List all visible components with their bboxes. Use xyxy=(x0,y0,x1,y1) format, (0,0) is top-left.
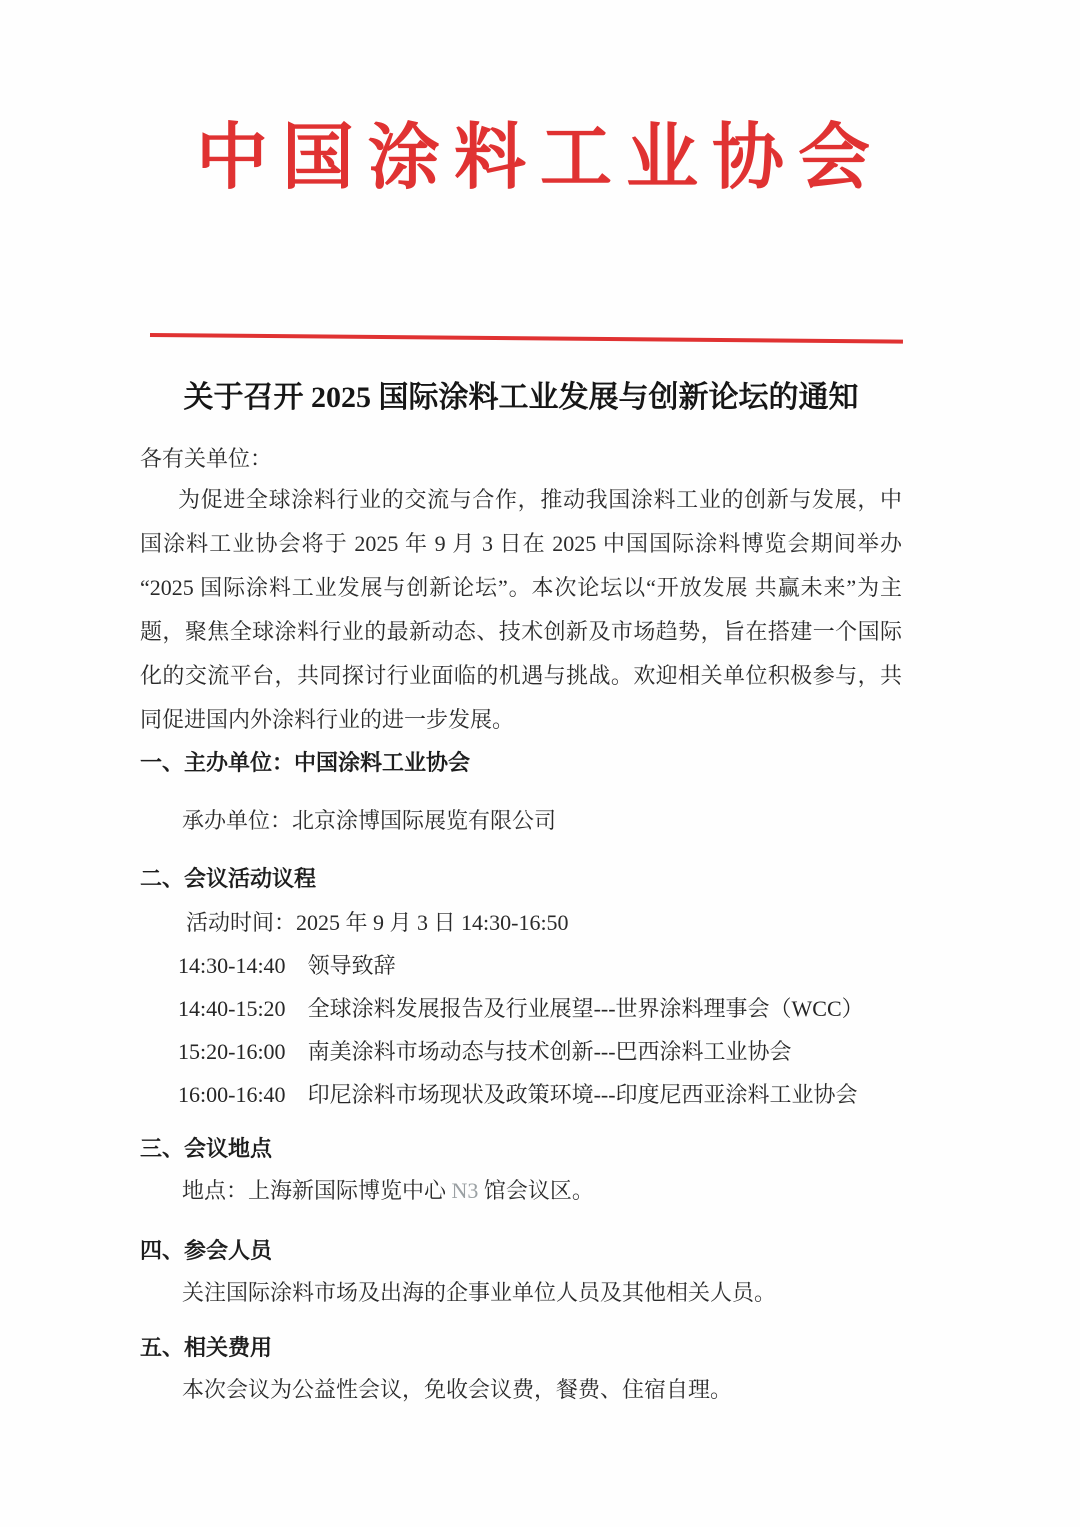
venue-text-prefix: 地点：上海新国际博览中心 xyxy=(182,1178,452,1203)
fees-line: 本次会议为公益性会议，免收会议费，餐费、住宿自理。 xyxy=(140,1375,902,1405)
agenda-item-topic: 领导致辞 xyxy=(308,953,396,978)
attendees-line: 关注国际涂料市场及出海的企事业单位人员及其他相关人员。 xyxy=(140,1278,902,1308)
agenda-item-topic: 全球涂料发展报告及行业展望---世界涂料理事会（WCC） xyxy=(308,996,864,1021)
section-heading-host: 一、主办单位：中国涂料工业协会 xyxy=(140,748,902,778)
letterhead: 中国涂料工业协会 xyxy=(0,0,1080,194)
intro-paragraph: 为促进全球涂料行业的交流与合作，推动我国涂料工业的创新与发展，中国涂料工业协会将… xyxy=(140,478,902,742)
agenda-item-topic: 印尼涂料市场现状及政策环境---印度尼西亚涂料工业协会 xyxy=(308,1082,858,1107)
salutation-line: 各有关单位： xyxy=(140,444,902,474)
venue-hall-code: N3 xyxy=(452,1178,479,1203)
agenda-list: 14:30-14:40领导致辞 14:40-15:20全球涂料发展报告及行业展望… xyxy=(140,944,902,1116)
agenda-item-time: 14:30-14:40 xyxy=(178,944,286,987)
organizer-line: 承办单位：北京涂博国际展览有限公司 xyxy=(140,806,902,836)
notice-body: 关于召开 2025 国际涂料工业发展与创新论坛的通知 各有关单位： 为促进全球涂… xyxy=(140,380,902,1405)
section-heading-attendees: 四、参会人员 xyxy=(140,1236,902,1266)
venue-line: 地点：上海新国际博览中心 N3 馆会议区。 xyxy=(140,1176,902,1206)
agenda-item-topic: 南美涂料市场动态与技术创新---巴西涂料工业协会 xyxy=(308,1039,792,1064)
agenda-item-time: 15:20-16:00 xyxy=(178,1030,286,1073)
notice-title: 关于召开 2025 国际涂料工业发展与创新论坛的通知 xyxy=(140,380,902,416)
agenda-item: 14:40-15:20全球涂料发展报告及行业展望---世界涂料理事会（WCC） xyxy=(140,987,902,1030)
organization-title: 中国涂料工业协会 xyxy=(196,122,884,194)
venue-text-suffix: 馆会议区。 xyxy=(478,1178,594,1203)
scanned-notice-page: 中国涂料工业协会 关于召开 2025 国际涂料工业发展与创新论坛的通知 各有关单… xyxy=(0,0,1080,1527)
section-heading-agenda: 二、会议活动议程 xyxy=(140,864,902,894)
section-heading-fees: 五、相关费用 xyxy=(140,1333,902,1363)
agenda-item: 16:00-16:40印尼涂料市场现状及政策环境---印度尼西亚涂料工业协会 xyxy=(140,1073,902,1116)
agenda-item: 14:30-14:40领导致辞 xyxy=(140,944,902,987)
agenda-item-time: 14:40-15:20 xyxy=(178,987,286,1030)
agenda-time-line: 活动时间：2025 年 9 月 3 日 14:30-16:50 xyxy=(140,908,902,938)
agenda-item: 15:20-16:00南美涂料市场动态与技术创新---巴西涂料工业协会 xyxy=(140,1030,902,1073)
agenda-item-time: 16:00-16:40 xyxy=(178,1073,286,1116)
section-heading-venue: 三、会议地点 xyxy=(140,1134,902,1164)
letterhead-divider-rule xyxy=(150,333,903,344)
